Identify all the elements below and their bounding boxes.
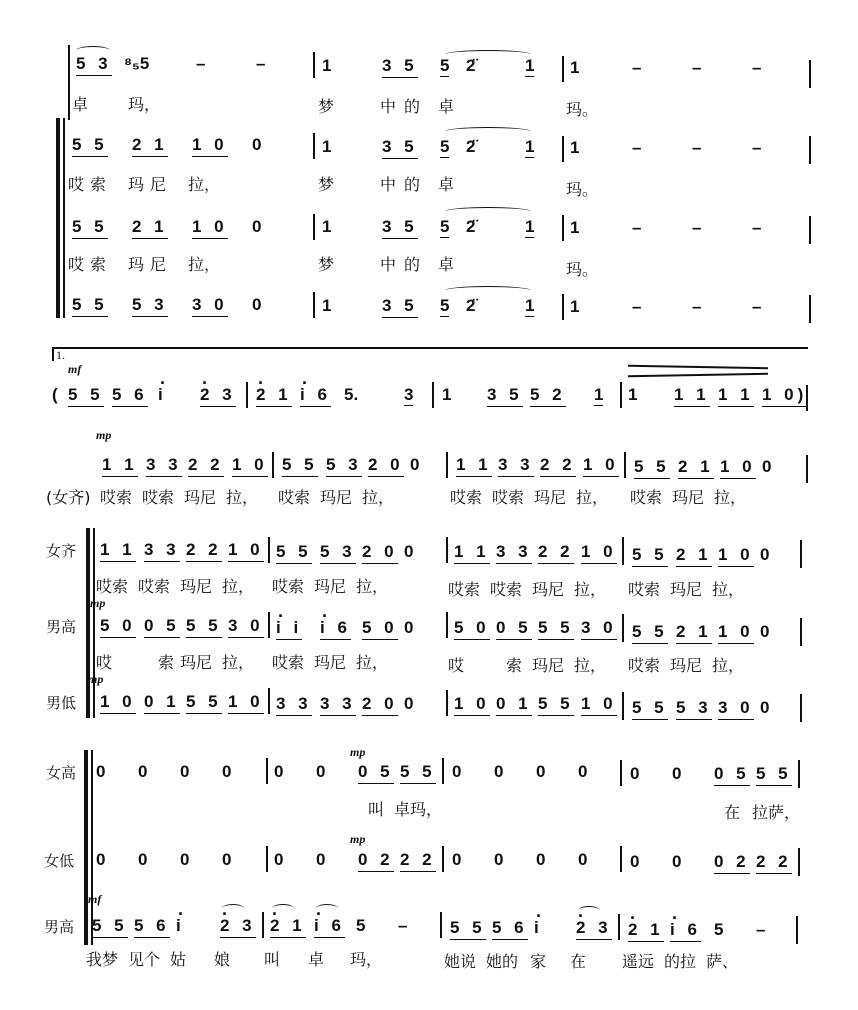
lyric: 叫 — [264, 950, 280, 970]
lyric: 玛尼 — [532, 656, 564, 676]
lyric: 玛尼 — [670, 580, 702, 600]
part-label: 女高 — [46, 762, 76, 783]
lyric: 卓 — [438, 175, 454, 195]
dash: – — [632, 297, 641, 317]
lyric: 拉， — [362, 488, 394, 508]
note-group: 1 0 — [228, 692, 264, 714]
note-group: 1 0 — [718, 545, 754, 567]
note: 5 — [714, 920, 723, 940]
note-group: 0 1 — [144, 692, 180, 714]
brace-line — [63, 118, 65, 318]
lyric: 玛尼 — [184, 488, 216, 508]
lyric: 遥远 — [622, 952, 654, 972]
barline — [446, 690, 448, 716]
slur — [445, 50, 531, 59]
lyric: 哎索 — [272, 653, 304, 673]
note: 5 — [356, 916, 365, 936]
lyric: 哎索 — [96, 577, 128, 597]
barline — [440, 912, 442, 938]
note-group: 2 2 — [186, 540, 222, 562]
lyric: 玛尼 — [670, 656, 702, 676]
brace-bar — [56, 118, 60, 318]
lyric: 卓玛， — [394, 800, 442, 820]
dash: – — [692, 218, 701, 238]
note-group: 5 3 — [320, 542, 356, 564]
note-group: 2 3 — [220, 916, 256, 938]
lyric: 玛尼 — [128, 255, 172, 275]
lyric: 她说 — [444, 952, 476, 972]
lyric: 拉， — [712, 580, 744, 600]
note-group: 2 1 — [270, 916, 306, 938]
note-group: 2 1 — [676, 622, 712, 644]
lyric: 哎索 — [628, 656, 660, 676]
barline — [562, 294, 564, 320]
lyric: 梦 — [318, 255, 334, 275]
note: 0 — [452, 850, 461, 870]
note: 0 — [630, 764, 639, 784]
note: 0 — [760, 545, 769, 565]
note: 0 — [494, 762, 503, 782]
lyric: 拉， — [574, 656, 606, 676]
lyric: 玛， — [128, 95, 160, 115]
note-group: 2 2 — [756, 852, 792, 874]
note-group: 0 2 — [714, 852, 750, 874]
voice-label: (女齐) — [46, 488, 91, 508]
dash: – — [196, 54, 205, 74]
note-group: 3 0 — [228, 616, 264, 638]
lyric: 哎索 — [68, 175, 112, 195]
lyric: 哎索 — [272, 577, 304, 597]
barline — [624, 452, 626, 478]
lyric: 玛。 — [566, 180, 598, 200]
note-group: i 6 — [314, 916, 345, 938]
decrescendo-line — [628, 373, 768, 377]
note: i — [534, 918, 539, 938]
note: 1 — [628, 385, 637, 405]
barline — [809, 60, 811, 88]
barline — [268, 537, 270, 563]
note-group: 3 3 — [146, 455, 182, 477]
note: 0 — [536, 762, 545, 782]
lyric: 哎索 — [142, 488, 174, 508]
lyric: 拉， — [188, 175, 220, 195]
note: 0 — [252, 135, 261, 155]
note: 1 — [322, 56, 331, 76]
lyric: 玛。 — [566, 260, 598, 280]
dynamic-marking: mp — [88, 672, 103, 687]
note-group: i 6 — [320, 618, 351, 640]
note: 0 — [274, 850, 283, 870]
barline — [272, 452, 274, 478]
slur — [445, 286, 531, 295]
note-group: 0 5 — [714, 764, 750, 786]
note: 1 — [570, 58, 579, 78]
note: 0 — [536, 850, 545, 870]
note: 0 — [222, 762, 231, 782]
note-group: 3 5 — [382, 137, 418, 159]
lyric: 拉， — [222, 653, 254, 673]
note: 0 — [404, 542, 413, 562]
note-group: 2 1 — [132, 135, 168, 157]
note-group: i 6 — [670, 920, 701, 942]
lyric: 在 — [724, 803, 740, 823]
note-group: 5 5 — [756, 764, 792, 786]
slur — [445, 127, 531, 136]
note: i — [158, 385, 163, 405]
lyric: 姑 — [170, 950, 186, 970]
barline — [618, 914, 620, 940]
note: 1 — [322, 217, 331, 237]
note-group: 5 5 — [538, 618, 574, 640]
paren-open: ( — [52, 385, 58, 405]
lyric: 卓 — [72, 95, 88, 115]
barline — [798, 760, 800, 788]
note: 0 — [96, 850, 105, 870]
note: 1 — [525, 137, 534, 158]
note-group: 5 6 — [134, 916, 170, 938]
lyric: 哎 — [448, 656, 464, 676]
note: ⁸₅5 — [124, 54, 149, 74]
note: 1 — [570, 297, 579, 317]
note-group: 3 3 — [144, 540, 180, 562]
note: 1 — [570, 138, 579, 158]
part-label: 男低 — [46, 692, 76, 713]
dynamic-marking: mf — [88, 892, 101, 907]
note: 0 — [252, 217, 261, 237]
note: 0 — [404, 618, 413, 638]
lyric: 中的 — [380, 175, 428, 195]
note: 0 — [494, 850, 503, 870]
brace-line — [93, 528, 95, 718]
lyric: 哎索 — [100, 488, 132, 508]
note-group: 3 0 — [581, 618, 617, 640]
lyric: 卓 — [308, 950, 324, 970]
note: 0 — [578, 762, 587, 782]
note: 0 — [410, 455, 419, 475]
note-group: i 6 — [300, 385, 331, 407]
barline — [432, 382, 434, 408]
note-group: 1 0 — [192, 135, 228, 157]
lyric: 索 — [158, 653, 174, 673]
note-group: 5 5 — [538, 694, 574, 716]
dash: – — [752, 58, 761, 78]
note-group: 2 2 — [540, 455, 576, 477]
volta-bracket — [52, 347, 808, 349]
note: 0 — [762, 457, 771, 477]
note-trill: 2̈ — [466, 217, 475, 237]
note-group: i i — [276, 618, 302, 640]
note-group: 3 5 — [382, 56, 418, 78]
lyric: 哎索 — [490, 580, 522, 600]
note-group: 5 5 — [186, 692, 222, 714]
barline — [266, 758, 268, 784]
dash: – — [752, 218, 761, 238]
note-group: 2 1 — [132, 217, 168, 239]
note: 0 — [138, 850, 147, 870]
note-group: 2 2 — [538, 542, 574, 564]
note: 0 — [252, 295, 261, 315]
lyric: 在 — [570, 952, 586, 972]
barline — [809, 295, 811, 323]
note: 3 — [404, 385, 413, 406]
lyric: 玛尼 — [314, 653, 346, 673]
note-group: 5 5 — [400, 762, 436, 784]
note: i — [176, 916, 181, 936]
note: 0 — [760, 622, 769, 642]
lyric: 玛尼 — [180, 653, 212, 673]
barline — [268, 612, 270, 638]
barline — [268, 688, 270, 714]
note-group: 5 5 — [72, 295, 108, 317]
lyric: 娘 — [214, 950, 230, 970]
note-group: 5 6 — [112, 385, 148, 407]
note-group: 2 1 — [678, 457, 714, 479]
lyric: 玛尼 — [180, 577, 212, 597]
lyric: 我梦 — [86, 950, 118, 970]
note-group: 0 5 — [358, 762, 394, 784]
note-group: 1 1 — [100, 540, 136, 562]
barline — [313, 52, 315, 78]
note-group: 5 0 — [100, 616, 136, 638]
dynamic-marking: mp — [350, 745, 365, 760]
barline — [266, 846, 268, 872]
lyric: 中的 — [380, 97, 428, 117]
dash: – — [692, 58, 701, 78]
barline — [442, 758, 444, 784]
note-group: 1 0) — [762, 385, 807, 407]
note-group: 5 5 — [632, 698, 668, 720]
barline — [620, 760, 622, 786]
barline — [446, 612, 448, 638]
dynamic-marking: mp — [96, 428, 111, 443]
dash: – — [632, 58, 641, 78]
part-label: 女齐 — [46, 540, 76, 561]
note: 0 — [180, 762, 189, 782]
lyric: 叫 — [368, 800, 384, 820]
dash: – — [752, 138, 761, 158]
lyric: 见个 — [128, 950, 160, 970]
dash: – — [256, 54, 265, 74]
lyric: 哎索 — [138, 577, 170, 597]
barline — [809, 136, 811, 164]
note-group: 1 1 — [454, 542, 490, 564]
dash: – — [632, 138, 641, 158]
note-group: 2 0 — [362, 542, 398, 564]
note: 0 — [274, 762, 283, 782]
lyric: 哎 — [96, 653, 112, 673]
note: 1 — [322, 296, 331, 316]
lyric: 玛。 — [566, 100, 598, 120]
barline — [800, 618, 802, 646]
lyric: 拉， — [188, 255, 220, 275]
note-group: 5 3 — [132, 295, 168, 317]
lyric: 哎索 — [278, 488, 310, 508]
note-group: 3 0 — [718, 698, 754, 720]
lyric: 玛尼 — [128, 175, 172, 195]
barline — [798, 848, 800, 876]
lyric: 拉， — [222, 577, 254, 597]
note-group: 5 5 — [186, 616, 222, 638]
note: 0 — [672, 764, 681, 784]
part-label: 男高 — [44, 916, 74, 937]
note: 5 — [440, 137, 449, 158]
barline — [806, 385, 808, 411]
lyric: 哎索 — [68, 255, 112, 275]
note-group: 1 0 — [581, 694, 617, 716]
note-group: 3 3 — [320, 694, 356, 716]
note-group: 0 5 — [144, 616, 180, 638]
brace-bar — [84, 750, 88, 945]
slur — [445, 207, 531, 216]
barline — [622, 537, 624, 565]
barline — [796, 916, 798, 944]
barline — [806, 455, 808, 483]
note-group: 1 0 — [720, 457, 756, 479]
lyric: 拉， — [356, 577, 388, 597]
dash: – — [752, 297, 761, 317]
lyric: 萨、 — [706, 952, 738, 972]
note-group: 5 3 — [676, 698, 712, 720]
note-group: 5 0 — [454, 618, 490, 640]
note-group: 1 0 — [228, 540, 264, 562]
dash: – — [632, 218, 641, 238]
note-group: 5 5 — [276, 542, 312, 564]
note-group: 3 5 — [382, 217, 418, 239]
note-group: 3 5 — [487, 385, 523, 407]
note: 0 — [316, 762, 325, 782]
note: 1 — [525, 56, 534, 77]
note-group: 2 0 — [368, 455, 404, 477]
note: 1 — [442, 385, 451, 405]
lyric: 玛尼 — [320, 488, 352, 508]
note: 1 — [525, 217, 534, 238]
lyric: 玛尼 — [314, 577, 346, 597]
barline — [262, 912, 264, 938]
barline — [313, 133, 315, 159]
note-group: 1 0 — [718, 622, 754, 644]
lyric: 梦 — [318, 97, 334, 117]
lyric: 中的 — [380, 255, 428, 275]
lyric: 玛， — [350, 950, 382, 970]
note-group: 0 1 — [496, 694, 532, 716]
decrescendo-line — [628, 365, 768, 369]
note-group: 3 3 — [496, 542, 532, 564]
part-label: 男高 — [46, 616, 76, 637]
note-group: 1 1 — [674, 385, 710, 407]
lyric: 卓 — [438, 255, 454, 275]
dynamic-marking: mp — [90, 596, 105, 611]
note-trill: 2̈ — [466, 296, 475, 316]
dash: – — [398, 916, 407, 936]
note-group: 2 0 — [362, 694, 398, 716]
note: 0 — [96, 762, 105, 782]
note-group: 1 0 — [583, 455, 619, 477]
note-group: 5 5 — [450, 918, 486, 940]
lyric: 哎索 — [448, 580, 480, 600]
barline — [313, 214, 315, 240]
note: 0 — [138, 762, 147, 782]
note: 5. — [344, 385, 358, 405]
note: 0 — [672, 852, 681, 872]
lyric: 拉萨， — [752, 803, 800, 823]
lyric: 玛尼 — [672, 488, 704, 508]
note-group: 5 5 — [68, 385, 104, 407]
note: 1 — [525, 296, 534, 317]
lyric: 拉， — [356, 653, 388, 673]
note: 1 — [594, 385, 603, 406]
note: 5 — [440, 296, 449, 317]
dash: – — [756, 920, 765, 940]
note: 5 — [440, 217, 449, 238]
barline — [562, 215, 564, 241]
note-group: 0 5 — [496, 618, 532, 640]
barline — [446, 452, 448, 478]
volta-label: 1. — [56, 348, 65, 363]
note-group: 2 1 — [256, 385, 292, 407]
note-group: 1 1 — [718, 385, 754, 407]
note: 0 — [404, 694, 413, 714]
note-group: 5 5 — [632, 622, 668, 644]
dash: – — [692, 138, 701, 158]
note-group: 2 3 — [576, 918, 612, 940]
barline — [562, 56, 564, 82]
note-group: 5 5 — [282, 455, 318, 477]
note-group: 3 0 — [192, 295, 228, 317]
note: 0 — [180, 850, 189, 870]
lyric: 拉， — [576, 488, 608, 508]
note-trill: 2̈ — [466, 56, 475, 76]
dynamic-marking: mf — [68, 362, 81, 377]
lyric: 家 — [530, 952, 546, 972]
lyric: 的拉 — [664, 952, 696, 972]
note-group: 1 0 — [100, 692, 136, 714]
note: 0 — [760, 698, 769, 718]
brace-bar — [86, 528, 90, 718]
note-group: 5 3 — [326, 455, 362, 477]
barline — [620, 382, 622, 408]
lyric: 拉， — [712, 656, 744, 676]
lyric: 哎索 — [628, 580, 660, 600]
note-group: 5 0 — [362, 618, 398, 640]
barline — [442, 846, 444, 872]
note-group: 1 1 — [456, 455, 492, 477]
note-group: 2 2 — [188, 455, 224, 477]
note-group: 5 5 — [92, 916, 128, 938]
part-label: 女低 — [44, 850, 74, 871]
lyric: 卓 — [438, 97, 454, 117]
barline — [562, 136, 564, 162]
note-group: 1 0 — [581, 542, 617, 564]
note-group: 2 1 — [676, 545, 712, 567]
volta-tick — [52, 347, 54, 361]
note-group: 5 5 — [72, 217, 108, 239]
note-group: 2 1 — [628, 920, 664, 942]
note: 0 — [222, 850, 231, 870]
note: 0 — [452, 762, 461, 782]
note: 1 — [322, 137, 331, 157]
note-group: 5 6 — [492, 918, 528, 940]
lyric: 梦 — [318, 175, 334, 195]
dynamic-marking: mp — [350, 832, 365, 847]
barline — [446, 537, 448, 563]
note-group: 3 3 — [276, 694, 312, 716]
note-group: 0 2 — [358, 850, 394, 872]
barline — [620, 846, 622, 872]
lyric: 拉， — [226, 488, 258, 508]
note-group: 2 3 — [200, 385, 236, 407]
note-group: 5 3 — [76, 54, 112, 76]
lyric: 拉， — [714, 488, 746, 508]
